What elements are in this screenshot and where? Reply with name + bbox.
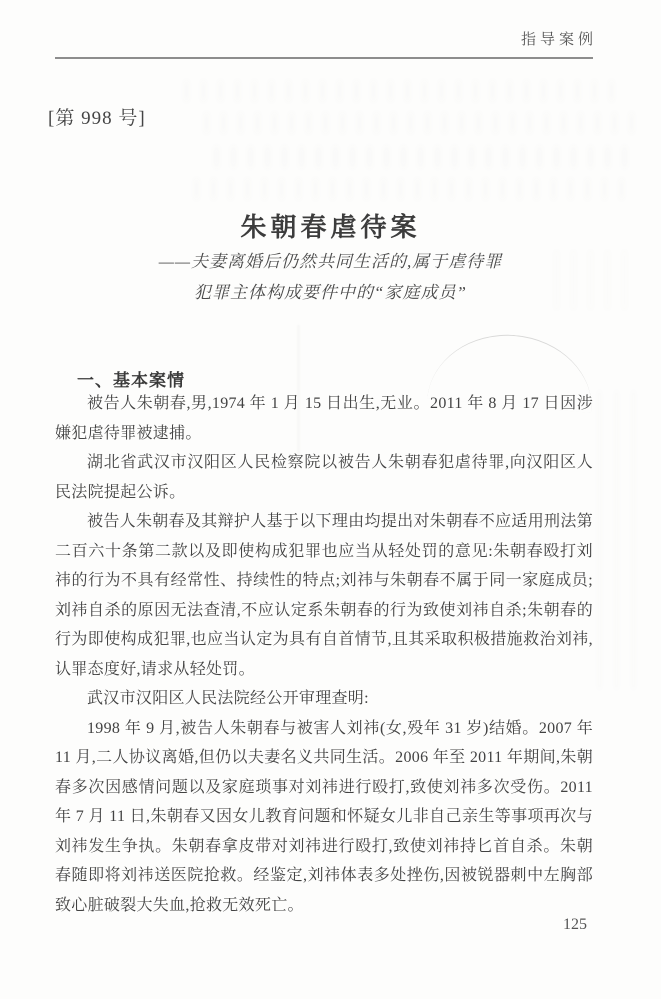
case-number: [第 998 号] [48, 103, 146, 130]
paragraph-defendant-info: 被告人朱朝春,男,1974 年 1 月 15 日出生,无业。2011 年 8 月… [55, 389, 593, 448]
subtitle-line-1: ——夫妻离婚后仍然共同生活的,属于虐待罪 [0, 246, 661, 277]
bleedthrough-band [598, 390, 643, 690]
paragraph-prosecution: 湖北省武汉市汉阳区人民检察院以被告人朱朝春犯虐待罪,向汉阳区人民法院提起公诉。 [55, 448, 593, 507]
paragraph-defense-opinion: 被告人朱朝春及其辩护人基于以下理由均提出对朱朝春不应适用刑法第二百六十条第二款以… [55, 507, 593, 684]
section-heading-basic-facts: 一、基本案情 [77, 366, 185, 391]
header-rule [55, 57, 593, 59]
running-header: 指导案例 [521, 28, 597, 49]
bleedthrough-band [215, 146, 635, 168]
bleedthrough-band [185, 80, 625, 102]
paragraph-case-facts: 1998 年 9 月,被告人朱朝春与被害人刘祎(女,殁年 31 岁)结婚。200… [55, 714, 593, 921]
case-title: 朱朝春虐待案 [0, 207, 661, 244]
paragraph-court-trial: 武汉市汉阳区人民法院经公开审理查明: [55, 684, 593, 714]
body-text: 被告人朱朝春,男,1974 年 1 月 15 日出生,无业。2011 年 8 月… [55, 389, 593, 920]
scanned-book-page: 指导案例 [第 998 号] 朱朝春虐待案 ——夫妻离婚后仍然共同生活的,属于虐… [0, 0, 661, 999]
bleedthrough-band [205, 112, 640, 134]
bleedthrough-band [195, 178, 635, 200]
case-subtitle: ——夫妻离婚后仍然共同生活的,属于虐待罪 犯罪主体构成要件中的“家庭成员” [0, 246, 661, 308]
subtitle-line-2: 犯罪主体构成要件中的“家庭成员” [0, 277, 661, 308]
page-number: 125 [563, 916, 587, 934]
